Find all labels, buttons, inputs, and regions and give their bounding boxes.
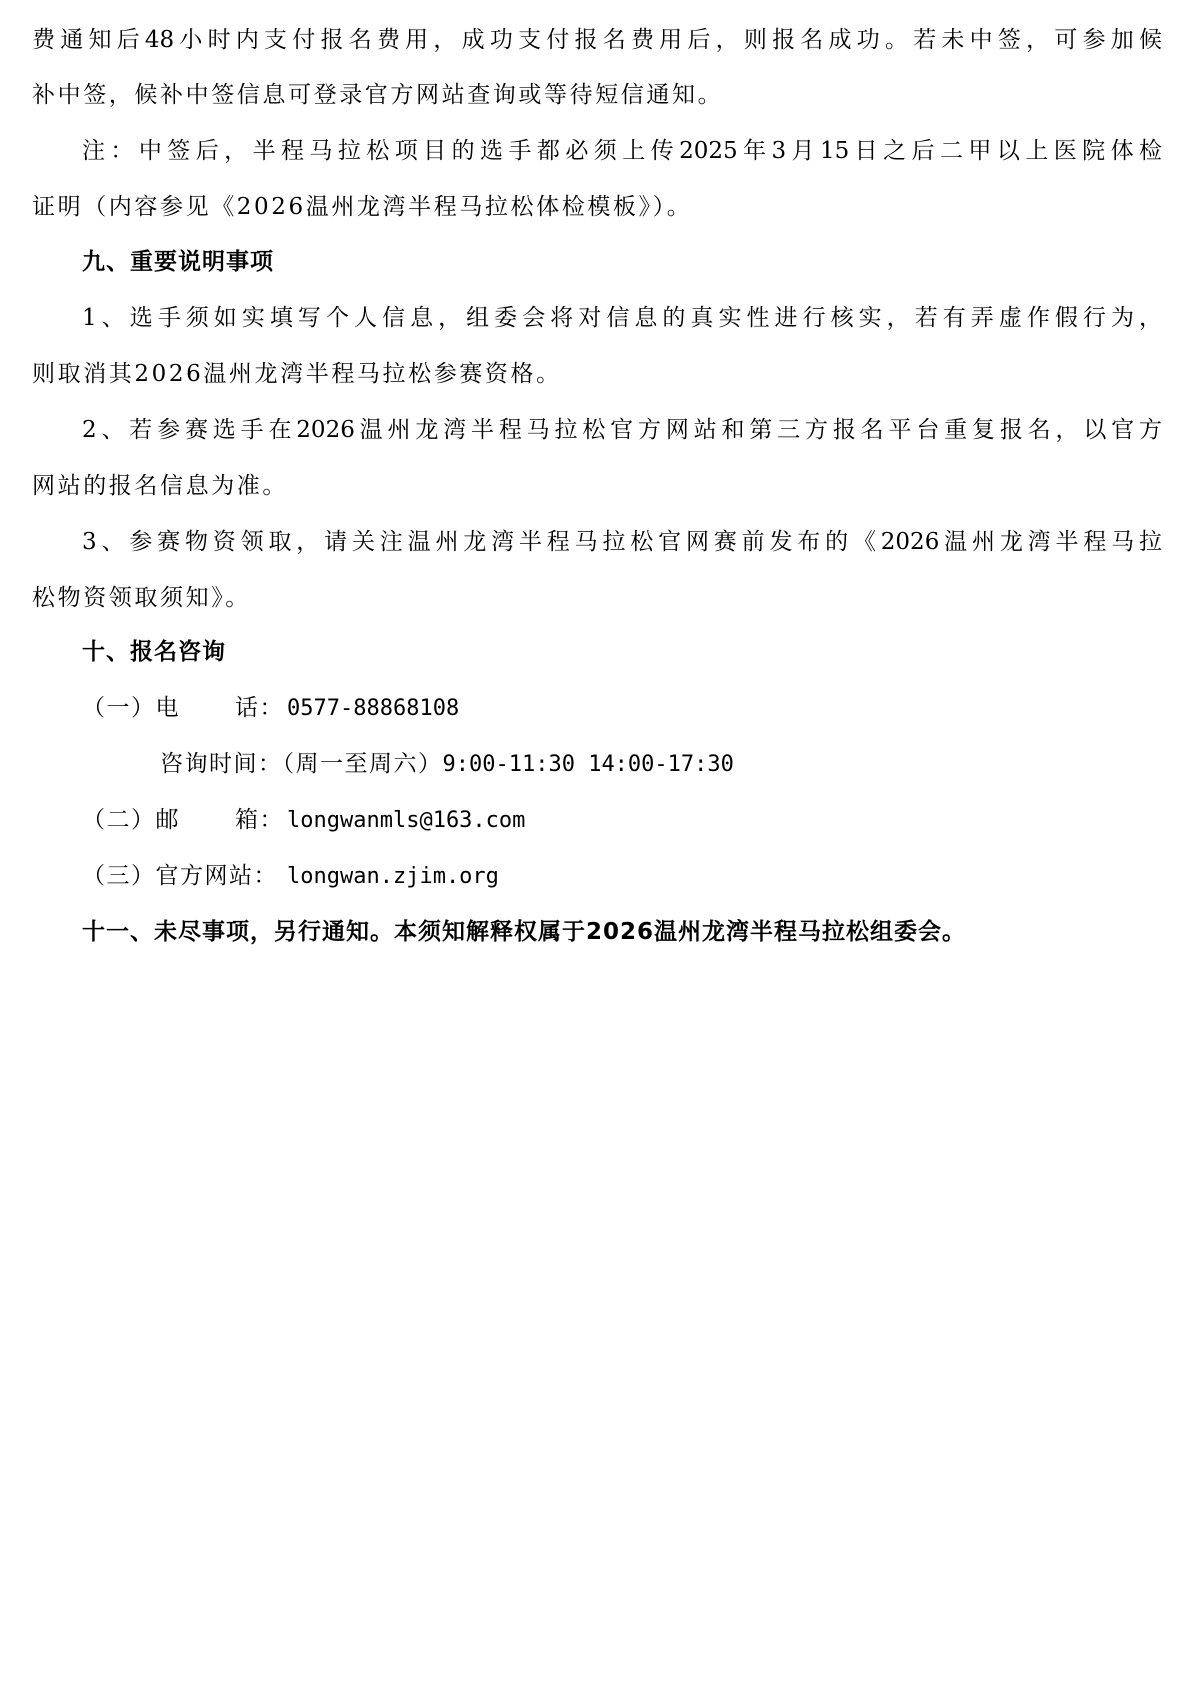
section-9-item-2-cont: 网站的报名信息为准。 xyxy=(32,466,1162,506)
document-page: 费通知后48小时内支付报名费用，成功支付报名费用后，则报名成功。若未中签，可参加… xyxy=(0,0,1190,1683)
section-9-item-3-cont: 松物资领取须知》。 xyxy=(32,578,1162,618)
section-11-heading: 十一、未尽事项，另行通知。本须知解释权属于2026温州龙湾半程马拉松组委会。 xyxy=(82,912,1162,952)
contact-hours: 咨询时间：（周一至周六）9:00-11:30 14:00-17:30 xyxy=(160,744,1190,784)
website-link[interactable]: longwan.zjim.org xyxy=(287,864,499,889)
note-line: 证明（内容参见《2026温州龙湾半程马拉松体检模板》）。 xyxy=(32,187,1162,227)
section-9-item-2: 2、若参赛选手在2026温州龙湾半程马拉松官方网站和第三方报名平台重复报名，以官… xyxy=(82,410,1162,450)
phone-label: （一）电话： xyxy=(82,688,287,728)
email-label: （二）邮箱： xyxy=(82,800,287,840)
email-address[interactable]: longwanmls@163.com xyxy=(287,808,525,833)
section-9-item-1: 1、选手须如实填写个人信息，组委会将对信息的真实性进行核实，若有弄虚作假行为， xyxy=(82,298,1162,338)
website-label: （三）官方网站： xyxy=(82,856,287,896)
contact-phone: （一）电话：0577-88868108 xyxy=(82,688,1190,728)
contact-email: （二）邮箱：longwanmls@163.com xyxy=(82,800,1190,840)
hours-label: 咨询时间：（周一至周六） xyxy=(160,751,443,777)
section-10-heading: 十、报名咨询 xyxy=(82,632,1162,672)
note-line: 注：中签后，半程马拉松项目的选手都必须上传2025年3月15日之后二甲以上医院体… xyxy=(82,131,1162,171)
phone-number[interactable]: 0577-88868108 xyxy=(287,696,459,721)
section-9-item-3: 3、参赛物资领取，请关注温州龙湾半程马拉松官网赛前发布的《2026温州龙湾半程马… xyxy=(82,522,1162,562)
hours-value: 9:00-11:30 14:00-17:30 xyxy=(443,752,734,777)
section-9-item-1-cont: 则取消其2026温州龙湾半程马拉松参赛资格。 xyxy=(32,354,1162,394)
contact-website: （三）官方网站：longwan.zjim.org xyxy=(82,856,1190,896)
section-9-heading: 九、重要说明事项 xyxy=(82,242,1162,282)
paragraph-line: 费通知后48小时内支付报名费用，成功支付报名费用后，则报名成功。若未中签，可参加… xyxy=(32,20,1162,60)
paragraph-line: 补中签，候补中签信息可登录官方网站查询或等待短信通知。 xyxy=(32,75,1162,115)
